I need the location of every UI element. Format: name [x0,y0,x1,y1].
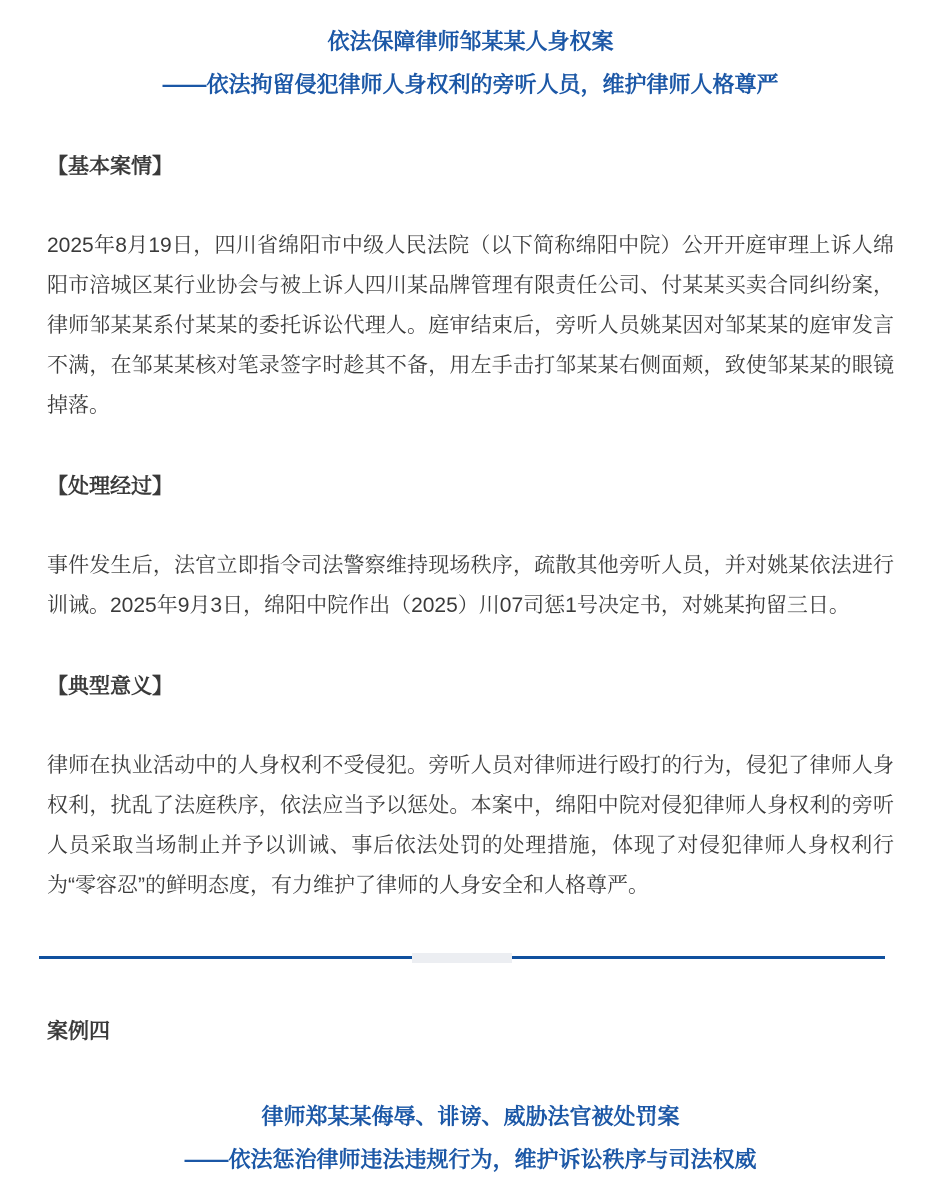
section-heading-typical-significance: 【典型意义】 [47,676,894,698]
paragraph-handling-process: 事件发生后，法官立即指令司法警察维持现场秩序，疏散其他旁听人员，并对姚某依法进行… [47,546,894,626]
section-heading-basic-facts: 【基本案情】 [47,156,894,178]
case4-label: 案例四 [47,1021,894,1043]
section-divider [39,956,885,959]
section-heading-handling-process: 【处理经过】 [47,476,894,498]
document-page: 依法保障律师邹某某人身权案 ——依法拘留侵犯律师人身权利的旁听人员，维护律师人格… [0,0,941,1203]
case4-title-block: 律师郑某某侮辱、诽谤、威胁法官被处罚案 ——依法惩治律师违法违规行为，维护诉讼秩… [47,1095,894,1181]
case4-subtitle: ——依法惩治律师违法违规行为，维护诉讼秩序与司法权威 [47,1138,894,1181]
paragraph-typical-significance: 律师在执业活动中的人身权利不受侵犯。旁听人员对律师进行殴打的行为，侵犯了律师人身… [47,746,894,906]
case4-title: 律师郑某某侮辱、诽谤、威胁法官被处罚案 [47,1095,894,1138]
document-content: 依法保障律师邹某某人身权案 ——依法拘留侵犯律师人身权利的旁听人员，维护律师人格… [0,20,941,1203]
case3-title-block: 依法保障律师邹某某人身权案 ——依法拘留侵犯律师人身权利的旁听人员，维护律师人格… [47,20,894,106]
case3-subtitle: ——依法拘留侵犯律师人身权利的旁听人员，维护律师人格尊严 [47,63,894,106]
paragraph-basic-facts: 2025年8月19日，四川省绵阳市中级人民法院（以下简称绵阳中院）公开开庭审理上… [47,226,894,426]
divider-notch [412,953,512,963]
case3-title: 依法保障律师邹某某人身权案 [47,20,894,63]
